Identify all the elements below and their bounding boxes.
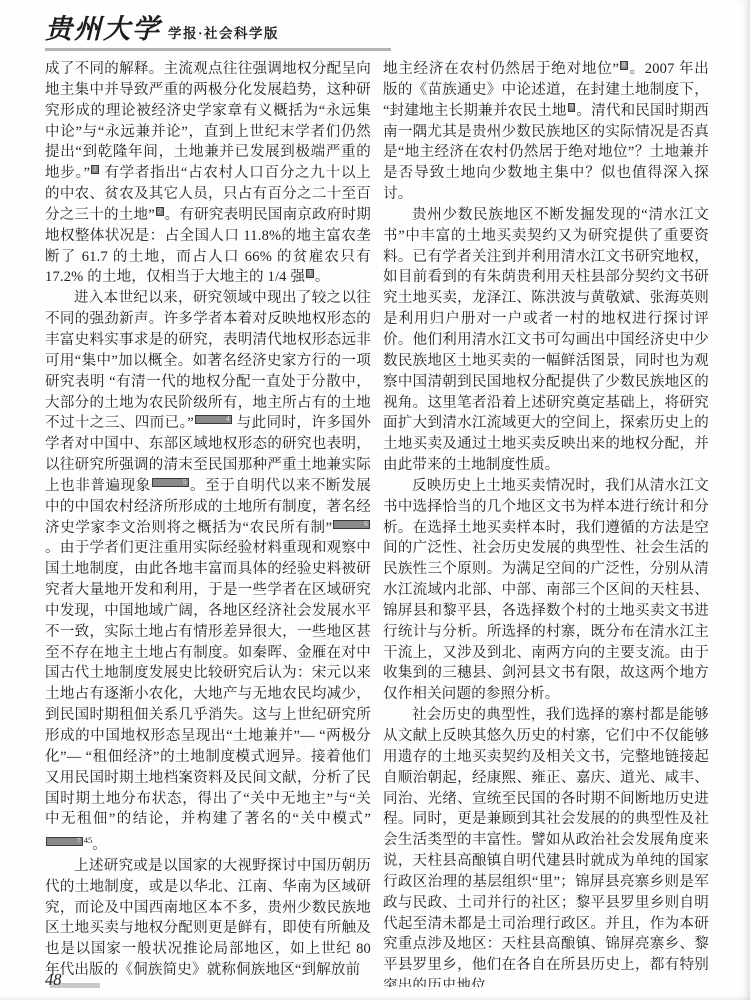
paragraph: 反映历史上土地买卖情况时，我们从清水江文书中选择恰当的几个地区文书为样本进行统计… <box>383 476 709 705</box>
journal-subtitle: 学报·社会科学版 <box>168 22 279 42</box>
article-body: 成了不同的解释。主流观点往往强调地权分配呈向地主集中并导致严重的两极分化发展趋势… <box>45 59 709 987</box>
paragraph: 上述研究或是以国家的大视野探讨中国历朝历代的土地制度，或是以华北、江南、华南为区… <box>45 856 371 981</box>
journal-page: 贵州大学 学报·社会科学版 成了不同的解释。主流观点往往强调地权分配呈向地主集中… <box>0 0 750 1000</box>
journal-masthead: 贵州大学 学报·社会科学版 <box>45 7 391 46</box>
page-footer: 48 <box>45 970 100 990</box>
right-column: 地主经济在农村仍然居于绝对地位”8。2007 年出版的《苗族通史》中论述道，在封… <box>383 59 709 987</box>
citation-marker: 6 <box>333 520 370 529</box>
citation-marker: 3 <box>306 269 314 278</box>
paragraph: 社会历史的典型性，我们选择的寨村都是能够从文献上反映其悠久历史的村寨，它们中不仅… <box>383 705 709 987</box>
citation-page-number: 45 <box>84 835 93 845</box>
header-divider <box>45 48 391 51</box>
paragraph: 地主经济在农村仍然居于绝对地位”8。2007 年出版的《苗族通史》中论述道，在封… <box>383 59 709 205</box>
paragraph: 进入本世纪以来，研究领域中现出了较之以往不同的强劲新声。许多学者本着对反映地权形… <box>45 288 371 856</box>
citation-marker: 5 <box>152 478 189 487</box>
left-column: 成了不同的解释。主流观点往往强调地权分配呈向地主集中并导致严重的两极分化发展趋势… <box>45 59 371 987</box>
citation-marker: 2 <box>156 207 164 216</box>
citation-marker: 9 <box>568 103 576 112</box>
citation-marker: 4 <box>195 415 232 424</box>
citation-marker: 7 <box>46 837 83 846</box>
paragraph: 成了不同的解释。主流观点往往强调地权分配呈向地主集中并导致严重的两极分化发展趋势… <box>45 59 371 288</box>
citation-marker: 8 <box>620 61 628 70</box>
page-number: 48 <box>45 970 62 990</box>
citation-marker: 1 <box>91 165 99 174</box>
page-header: 贵州大学 学报·社会科学版 <box>45 7 391 51</box>
journal-name-calligraphy: 贵州大学 <box>45 7 161 46</box>
paragraph: 贵州少数民族地区不断发掘发现的“清水江文书”中丰富的土地买卖契约又为研究提供了重… <box>383 205 709 476</box>
